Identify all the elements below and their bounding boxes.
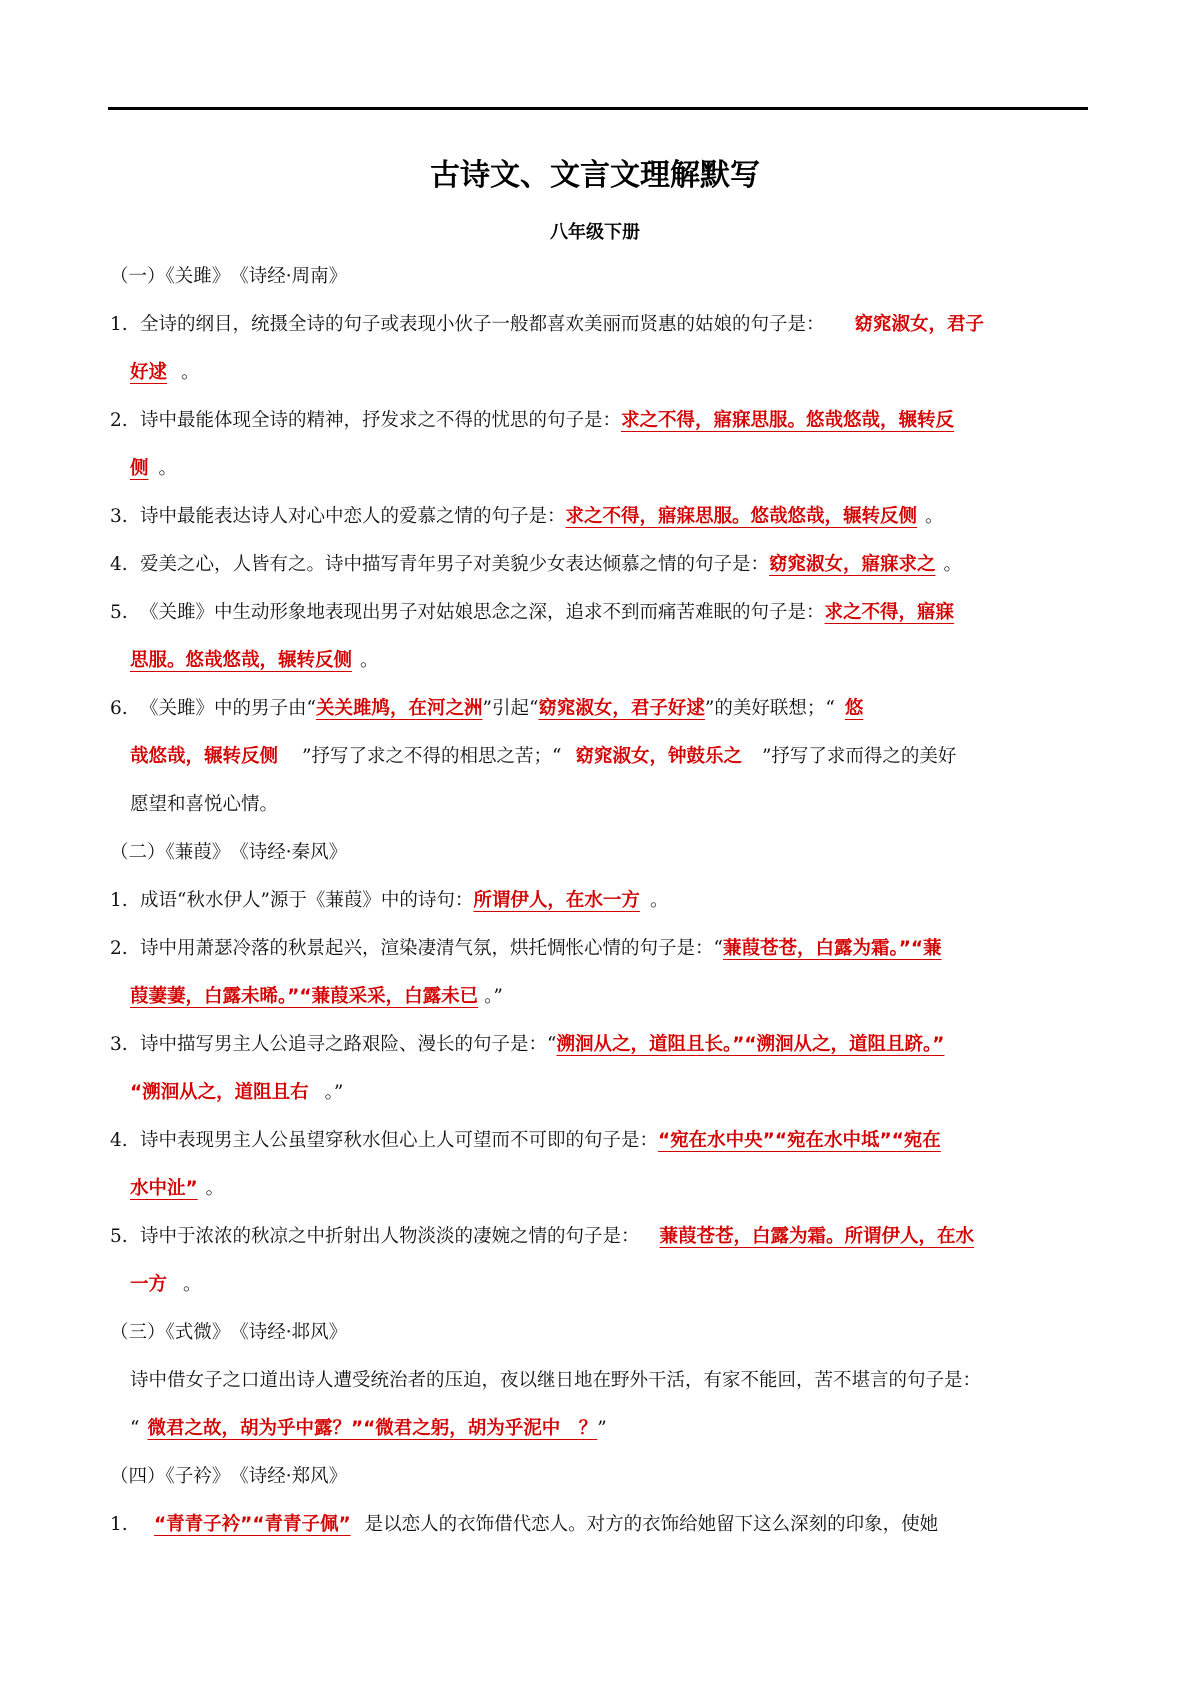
question-number: 5. <box>110 600 140 626</box>
answer-text: “溯洄从之，道阻且右 <box>130 1082 309 1103</box>
question-row: 4.诗中表现男主人公虽望穿秋水但心上人可望而不可即的句子是：“宛在水中央”“宛在… <box>110 1128 1090 1154</box>
answer-text: 蒹葭苍苍，白露为霜。所谓伊人，在水 <box>660 1226 975 1247</box>
question-text: 《关雎》中生动形象地表现出男子对姑娘思念之深，追求不到而痛苦难眠的句子是： <box>140 602 825 623</box>
question-number: 3. <box>110 1032 140 1058</box>
question-row-cont: 愿望和喜悦心情。 <box>130 792 1110 818</box>
answer-text: “青青子衿”“青青子佩” <box>154 1514 351 1535</box>
section-heading: （四）《子衿》 《诗经·郑风》 <box>110 1464 1090 1490</box>
question-text: 是以恋人的衣饰借代恋人。对方的衣饰给她留下这么深刻的印象，使她 <box>365 1514 939 1535</box>
answer-text: 一方 <box>130 1274 167 1295</box>
answer-text: 思服。悠哉悠哉，辗转反侧 <box>130 650 352 671</box>
answer-text: 水中沚” <box>130 1178 198 1199</box>
punctuation: 。 <box>181 362 200 383</box>
question-row-cont: 水中沚”。 <box>130 1176 1110 1202</box>
answer-text: 葭萋萋，白露未晞。”“蒹葭采采，白露未已 <box>130 986 478 1007</box>
punctuation: 。 <box>925 506 944 527</box>
question-text: ”引起“ <box>482 698 538 719</box>
question-text: 诗中借女子之口道出诗人遭受统治者的压迫，夜以继日地在野外干活，有家不能回，苦不堪… <box>130 1368 1110 1394</box>
answer-text: 悠 <box>845 698 864 719</box>
question-row-cont: 葭萋萋，白露未晞。”“蒹葭采采，白露未已。” <box>130 984 1110 1010</box>
question-row: 4.爱美之心，人皆有之。诗中描写青年男子对美貌少女表达倾慕之情的句子是：窈窕淑女… <box>110 552 1090 578</box>
question-number: 1. <box>110 888 140 914</box>
answer-text: 哉悠哉，辗转反侧 <box>130 746 278 767</box>
punctuation: 。 <box>360 650 379 671</box>
answer-text: 求之不得，寤寐思服。悠哉悠哉，辗转反 <box>621 410 954 431</box>
header-rule <box>108 107 1088 110</box>
answer-text: 窈窕淑女，君子 <box>855 314 985 335</box>
document-title: 古诗文、文言文理解默写 <box>0 150 1190 194</box>
punctuation: 。 <box>159 458 178 479</box>
question-number: 5. <box>110 1224 140 1250</box>
question-text: 全诗的纲目，统摄全诗的句子或表现小伙子一般都喜欢美丽而贤惠的姑娘的句子是： <box>140 314 825 335</box>
question-row-cont: 一方。 <box>130 1272 1110 1298</box>
punctuation: 。” <box>325 1082 344 1103</box>
question-text: ”抒写了求而得之的美好 <box>762 746 956 767</box>
question-text: ”抒写了求之不得的相思之苦；“ <box>302 746 561 767</box>
question-row: 3.诗中最能表达诗人对心中恋人的爱慕之情的句子是：求之不得，寤寐思服。悠哉悠哉，… <box>110 504 1090 530</box>
question-number: 4. <box>110 552 140 578</box>
question-text: 诗中用萧瑟冷落的秋景起兴，渲染凄清气氛，烘托惆怅心情的句子是：“ <box>140 938 723 959</box>
answer-text: 好逑 <box>130 362 167 383</box>
question-text: ”的美好联想；“ <box>705 698 835 719</box>
question-row-cont: 好逑。 <box>130 360 1110 386</box>
question-text: 诗中描写男主人公追寻之路艰险、漫长的句子是：“ <box>140 1034 556 1055</box>
answer-text: 窈窕淑女，君子好逑 <box>538 698 705 719</box>
section-heading: （一）《关雎》 《诗经·周南》 <box>110 264 1090 290</box>
question-row: 1.成语“秋水伊人”源于《蒹葭》中的诗句：所谓伊人，在水一方。 <box>110 888 1090 914</box>
question-number: 2. <box>110 408 140 434</box>
punctuation: 。” <box>484 986 503 1007</box>
answer-text: 求之不得，寤寐 <box>825 602 955 623</box>
answer-text: 求之不得，寤寐思服。悠哉悠哉，辗转反侧 <box>566 506 918 527</box>
punctuation: 。 <box>206 1178 225 1199</box>
question-row-cont: “微君之故，胡为乎中露？”“微君之躬，胡为乎泥中 ？” <box>130 1416 1110 1442</box>
question-row: 1.“青青子衿”“青青子佩”是以恋人的衣饰借代恋人。对方的衣饰给她留下这么深刻的… <box>110 1512 1090 1538</box>
answer-text: 蒹葭苍苍，白露为霜。”“蒹 <box>723 938 942 959</box>
answer-text: 窈窕淑女，钟鼓乐之 <box>575 746 742 767</box>
question-number: 6. <box>110 696 140 722</box>
question-row: 5.诗中于浓浓的秋凉之中折射出人物淡淡的凄婉之情的句子是：蒹葭苍苍，白露为霜。所… <box>110 1224 1090 1250</box>
answer-text: 所谓伊人，在水一方 <box>473 890 640 911</box>
question-number: 2. <box>110 936 140 962</box>
question-row: 5.《关雎》中生动形象地表现出男子对姑娘思念之深，追求不到而痛苦难眠的句子是：求… <box>110 600 1090 626</box>
question-text: 诗中最能体现全诗的精神，抒发求之不得的忧思的句子是： <box>140 410 621 431</box>
question-row-cont: 哉悠哉，辗转反侧”抒写了求之不得的相思之苦；“窈窕淑女，钟鼓乐之”抒写了求而得之… <box>130 744 1110 770</box>
question-text: 诗中于浓浓的秋凉之中折射出人物淡淡的凄婉之情的句子是： <box>140 1226 640 1247</box>
question-text: 《关雎》中的男子由“ <box>140 698 316 719</box>
question-number: 1. <box>110 1512 140 1538</box>
question-row-cont: “溯洄从之，道阻且右。” <box>130 1080 1110 1106</box>
question-text: 爱美之心，人皆有之。诗中描写青年男子对美貌少女表达倾慕之情的句子是： <box>140 554 769 575</box>
punctuation: 。 <box>650 890 669 911</box>
answer-text: 微君之故，胡为乎中露？”“微君之躬，胡为乎泥中 ？ <box>147 1418 597 1439</box>
question-number: 1. <box>110 312 140 338</box>
punctuation: ” <box>597 1418 606 1439</box>
question-row: 3.诗中描写男主人公追寻之路艰险、漫长的句子是：“溯洄从之，道阻且长。”“溯洄从… <box>110 1032 1090 1058</box>
answer-text: 窈窕淑女，寤寐求之 <box>769 554 936 575</box>
question-number: 4. <box>110 1128 140 1154</box>
question-row: 6.《关雎》中的男子由“关关雎鸠，在河之洲”引起“窈窕淑女，君子好逑”的美好联想… <box>110 696 1090 722</box>
answer-text: 溯洄从之，道阻且长。”“溯洄从之，道阻且跻。” <box>556 1034 944 1055</box>
question-text: 成语“秋水伊人”源于《蒹葭》中的诗句： <box>140 890 473 911</box>
section-heading: （三）《式微》 《诗经·邶风》 <box>110 1320 1090 1346</box>
punctuation: 。 <box>944 554 963 575</box>
section-heading: （二）《蒹葭》 《诗经·秦风》 <box>110 840 1090 866</box>
question-row: 2.诗中用萧瑟冷落的秋景起兴，渲染凄清气氛，烘托惆怅心情的句子是：“蒹葭苍苍，白… <box>110 936 1090 962</box>
answer-text: 关关雎鸠，在河之洲 <box>316 698 483 719</box>
question-row-cont: 思服。悠哉悠哉，辗转反侧。 <box>130 648 1110 674</box>
question-row: 1.全诗的纲目，统摄全诗的句子或表现小伙子一般都喜欢美丽而贤惠的姑娘的句子是：窈… <box>110 312 1090 338</box>
question-number: 3. <box>110 504 140 530</box>
question-row-cont: 侧。 <box>130 456 1110 482</box>
punctuation: 。 <box>183 1274 202 1295</box>
question-text: 诗中表现男主人公虽望穿秋水但心上人可望而不可即的句子是： <box>140 1130 658 1151</box>
answer-text: “宛在水中央”“宛在水中坻”“宛在 <box>658 1130 941 1151</box>
punctuation: “ <box>130 1418 139 1439</box>
question-text: 诗中最能表达诗人对心中恋人的爱慕之情的句子是： <box>140 506 566 527</box>
answer-text: 侧 <box>130 458 149 479</box>
question-row: 2.诗中最能体现全诗的精神，抒发求之不得的忧思的句子是：求之不得，寤寐思服。悠哉… <box>110 408 1090 434</box>
document-subtitle: 八年级下册 <box>0 218 1190 244</box>
